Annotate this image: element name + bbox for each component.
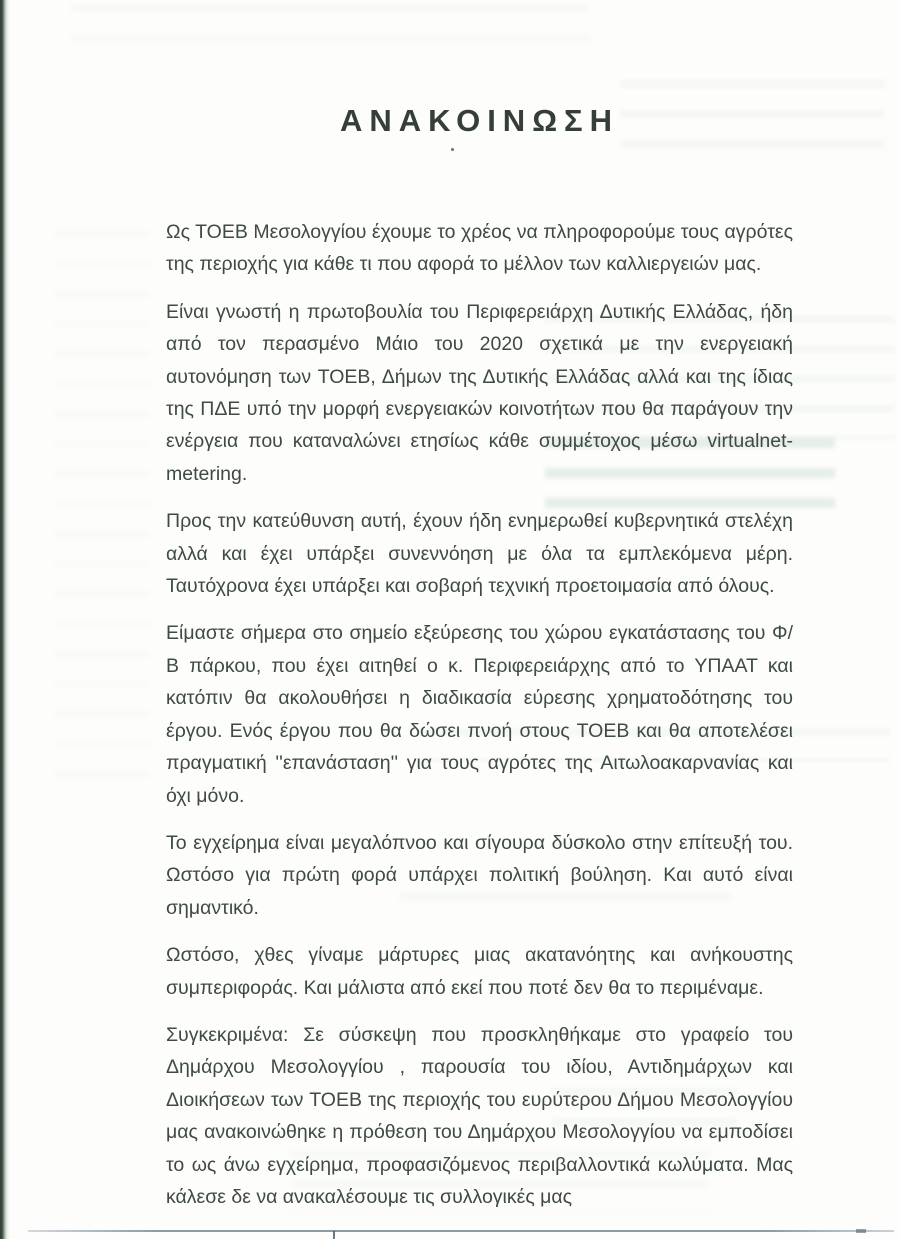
document-body: Ως ΤΟΕΒ Μεσολογγίου έχουμε το χρέος να π… bbox=[166, 216, 793, 1228]
scanned-document-page: ΑΝΑΚΟΙΝΩΣΗ Ως ΤΟΕΒ Μεσολογγίου έχουμε το… bbox=[0, 0, 900, 1239]
scan-edge-left bbox=[0, 0, 10, 1239]
scan-line-bottom bbox=[28, 1230, 894, 1232]
body-paragraph: Είμαστε σήμερα στο σημείο εξεύρεσης του … bbox=[166, 617, 793, 811]
scan-ghost-artifact bbox=[70, 4, 590, 59]
scan-tick bbox=[856, 1229, 866, 1233]
page-title: ΑΝΑΚΟΙΝΩΣΗ bbox=[166, 103, 793, 139]
body-paragraph: Το εγχείρημα είναι μεγαλόπνοο και σίγουρ… bbox=[166, 827, 793, 924]
scan-tick bbox=[333, 1231, 335, 1239]
body-paragraph: Ως ΤΟΕΒ Μεσολογγίου έχουμε το χρέος να π… bbox=[166, 216, 793, 281]
body-paragraph: Συγκεκριμένα: Σε σύσκεψη που προσκληθήκα… bbox=[166, 1019, 793, 1213]
scan-speck bbox=[451, 148, 454, 151]
scan-ghost-artifact bbox=[55, 230, 150, 790]
body-paragraph: Ωστόσο, χθες γίναμε μάρτυρες μιας ακαταν… bbox=[166, 939, 793, 1004]
body-paragraph: Προς την κατεύθυνση αυτή, έχουν ήδη ενημ… bbox=[166, 505, 793, 602]
body-paragraph: Είναι γνωστή η πρωτοβουλία του Περιφερει… bbox=[166, 296, 793, 490]
